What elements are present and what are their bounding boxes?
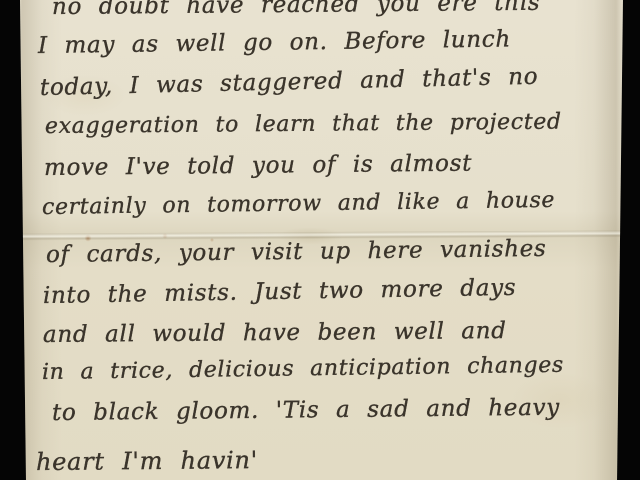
letter-line-8: into the mists. Just two more days	[43, 275, 517, 309]
letter-text: no doubt have reached you ere this I may…	[0, 0, 640, 480]
photo-frame: no doubt have reached you ere this I may…	[0, 0, 640, 480]
letter-line-1: no doubt have reached you ere this	[52, 0, 541, 20]
letter-line-10: in a trice, delicious anticipation chang…	[42, 353, 564, 385]
letter-line-3: today, I was staggered and that's no	[40, 64, 539, 101]
letter-line-4: exaggeration to learn that the projected	[45, 109, 562, 139]
letter-line-2: I may as well go on. Before lunch	[38, 26, 511, 59]
letter-line-11: to black gloom. 'Tis a sad and heavy	[52, 395, 560, 426]
letter-page: no doubt have reached you ere this I may…	[0, 0, 640, 480]
letter-line-9: and all would have been well and	[43, 318, 507, 348]
letter-line-7: of cards, your visit up here vanishes	[46, 236, 547, 268]
letter-line-6: certainly on tomorrow and like a house	[42, 188, 556, 220]
letter-line-12: heart I'm havin'	[36, 446, 258, 476]
letter-line-5: move I've told you of is almost	[44, 151, 472, 181]
